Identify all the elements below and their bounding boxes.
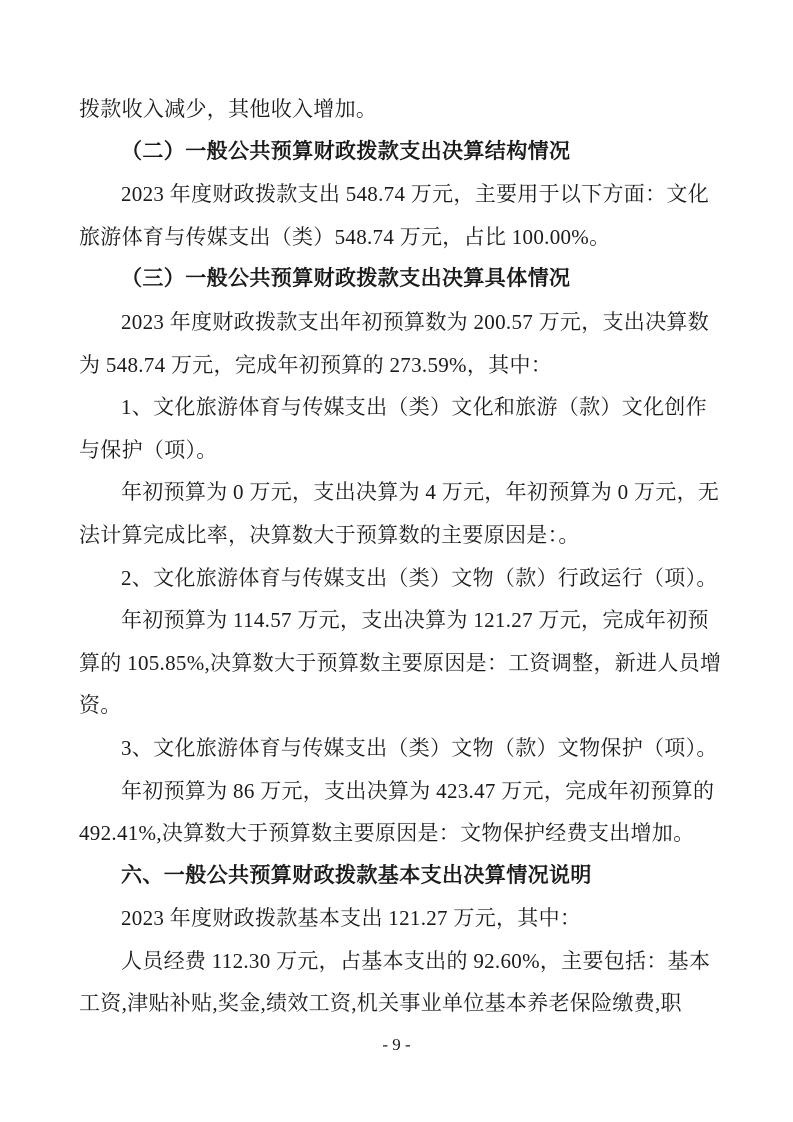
- text-line: 工资,津贴补贴,奖金,绩效工资,机关事业单位基本养老保险缴费,职: [79, 982, 721, 1025]
- text-line: 旅游体育与传媒支出（类）548.74 万元，占比 100.00%。: [79, 216, 721, 259]
- text-line: 1、文化旅游体育与传媒支出（类）文化和旅游（款）文化创作: [79, 386, 721, 429]
- page-number: - 9 -: [0, 1033, 793, 1057]
- text-line: 年初预算为 0 万元，支出决算为 4 万元，年初预算为 0 万元，无: [79, 471, 721, 514]
- text-line: 年初预算为 86 万元，支出决算为 423.47 万元，完成年初预算的: [79, 770, 721, 813]
- section-heading: （三）一般公共预算财政拨款支出决算具体情况: [79, 258, 721, 301]
- document-page: 拨款收入减少，其他收入增加。 （二）一般公共预算财政拨款支出决算结构情况 202…: [0, 0, 793, 1122]
- section-heading: 六、一般公共预算财政拨款基本支出决算情况说明: [79, 855, 721, 898]
- text-line: 法计算完成比率，决算数大于预算数的主要原因是：。: [79, 514, 721, 557]
- text-line: 492.41%,决算数大于预算数主要原因是：文物保护经费支出增加。: [79, 812, 721, 855]
- text-line: 与保护（项）。: [79, 429, 721, 472]
- text-line: 算的 105.85%,决算数大于预算数主要原因是：工资调整，新进人员增: [79, 642, 721, 685]
- text-line: 为 548.74 万元，完成年初预算的 273.59%，其中：: [79, 344, 721, 387]
- text-line: 2023 年度财政拨款支出 548.74 万元，主要用于以下方面：文化: [79, 173, 721, 216]
- text-line: 2023 年度财政拨款基本支出 121.27 万元，其中：: [79, 897, 721, 940]
- text-line: 资。: [79, 684, 721, 727]
- text-line: 年初预算为 114.57 万元，支出决算为 121.27 万元，完成年初预: [79, 599, 721, 642]
- text-line: 拨款收入减少，其他收入增加。: [79, 88, 721, 131]
- section-heading: （二）一般公共预算财政拨款支出决算结构情况: [79, 131, 721, 174]
- text-line: 2、文化旅游体育与传媒支出（类）文物（款）行政运行（项）。: [79, 557, 721, 600]
- document-body: 拨款收入减少，其他收入增加。 （二）一般公共预算财政拨款支出决算结构情况 202…: [79, 88, 721, 1025]
- text-line: 3、文化旅游体育与传媒支出（类）文物（款）文物保护（项）。: [79, 727, 721, 770]
- text-line: 人员经费 112.30 万元，占基本支出的 92.60%，主要包括：基本: [79, 940, 721, 983]
- text-line: 2023 年度财政拨款支出年初预算数为 200.57 万元，支出决算数: [79, 301, 721, 344]
